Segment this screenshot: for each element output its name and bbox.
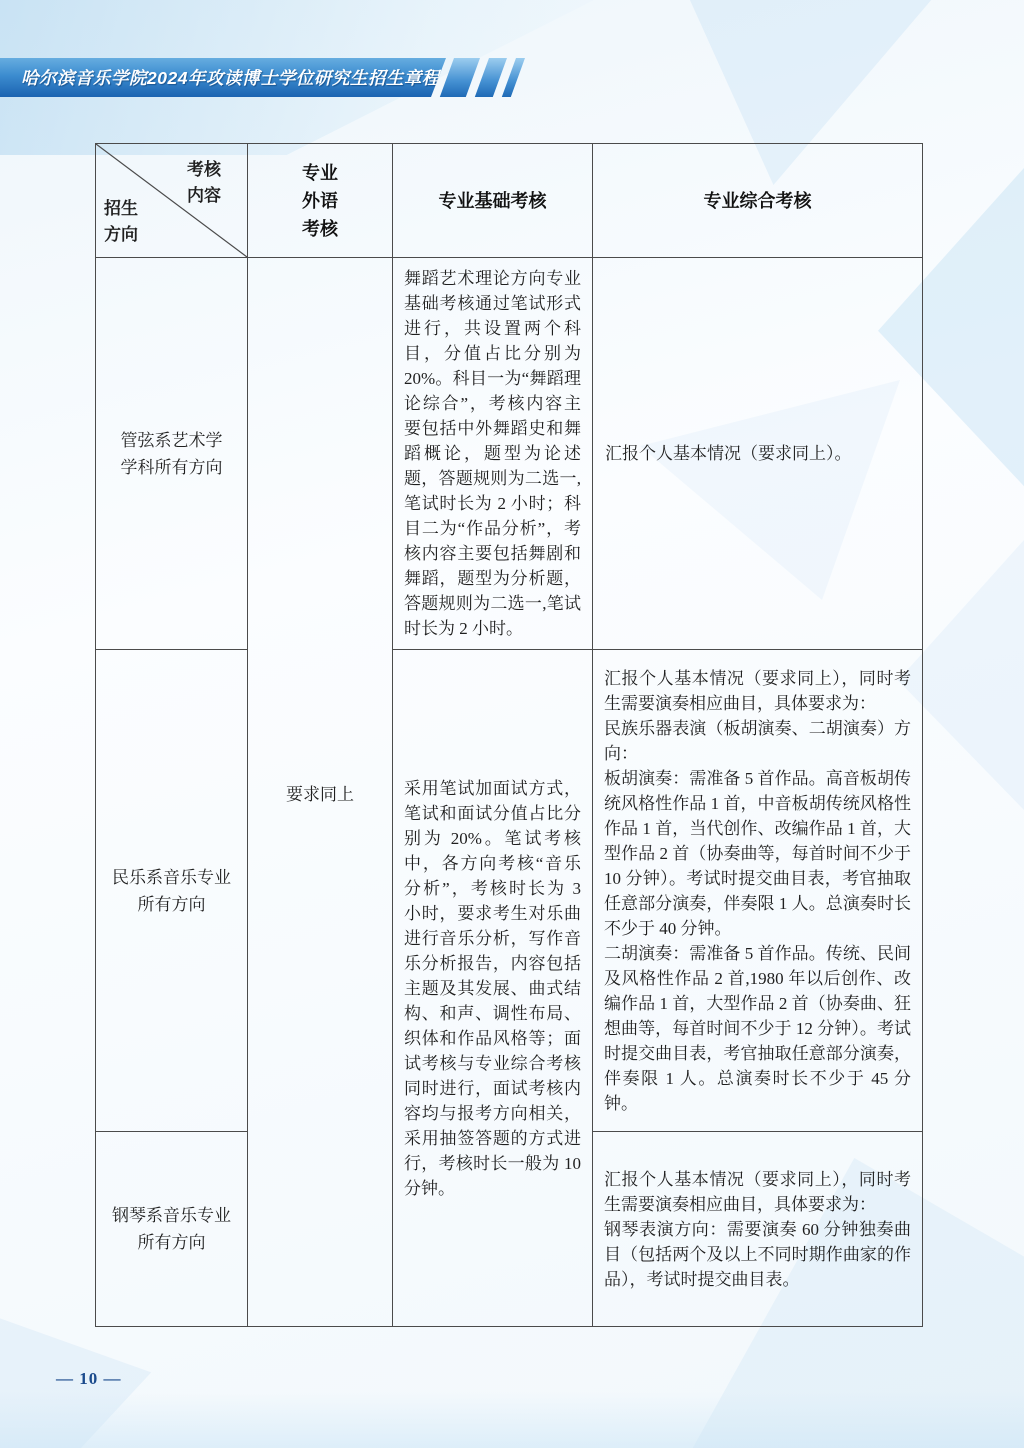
page-number: — 10 — bbox=[56, 1369, 122, 1389]
paragraph: 舞蹈艺术理论方向专业基础考核通过笔试形式进行，共设置两个科目，分值占比分别为 2… bbox=[393, 258, 592, 649]
basic-exam-cell-dance-theory: 舞蹈艺术理论方向专业基础考核通过笔试形式进行，共设置两个科目，分值占比分别为 2… bbox=[393, 258, 593, 650]
table-row-folk-music: 民乐系音乐专业 所有方向 采用笔试加面试方式，笔试和面试分值占比分别为 20%。… bbox=[96, 650, 923, 1132]
corner-label-exam-content: 考核 内容 bbox=[187, 157, 221, 209]
banner-stripe bbox=[440, 58, 480, 97]
banner-stripes bbox=[440, 58, 525, 97]
banner-stripe bbox=[475, 58, 507, 97]
header-professional-comprehensive-exam: 专业综合考核 bbox=[593, 144, 923, 258]
table-row-orchestra: 管弦系艺术学 学科所有方向 要求同上 舞蹈艺术理论方向专业基础考核通过笔试形式进… bbox=[96, 258, 923, 650]
banner-title: 哈尔滨音乐学院2024年攻读博士学位研究生招生章程 bbox=[0, 65, 440, 90]
paragraph: 钢琴表演方向：需要演奏 60 分钟独奏曲目（包括两个及以上不同时期作曲家的作品）… bbox=[604, 1217, 911, 1292]
header-professional-basic-exam: 专业基础考核 bbox=[393, 144, 593, 258]
table-header-row: 考核 内容 招生 方向 专业 外语 考核 专业基础考核 专业综合考核 bbox=[96, 144, 923, 258]
paragraph: 汇报个人基本情况（要求同上），同时考生需要演奏相应曲目，具体要求为： bbox=[604, 666, 911, 716]
paragraph: 民族乐器表演（板胡演奏、二胡演奏）方向： bbox=[604, 716, 911, 766]
header-foreign-language-exam: 专业 外语 考核 bbox=[248, 144, 393, 258]
paragraph: 汇报个人基本情况（要求同上）。 bbox=[593, 433, 922, 474]
comprehensive-cell-folk-music: 汇报个人基本情况（要求同上），同时考生需要演奏相应曲目，具体要求为： 民族乐器表… bbox=[593, 650, 923, 1132]
background-decoration bbox=[0, 1392, 1024, 1448]
basic-exam-merged-cell: 采用笔试加面试方式，笔试和面试分值占比分别为 20%。笔试考核中，各方向考核“音… bbox=[393, 650, 593, 1327]
direction-cell-orchestra: 管弦系艺术学 学科所有方向 bbox=[96, 258, 248, 650]
document-page: 哈尔滨音乐学院2024年攻读博士学位研究生招生章程 考核 内容 招生 方向 专业… bbox=[0, 0, 1024, 1448]
banner-stripe bbox=[502, 58, 525, 97]
comprehensive-cell-orchestra: 汇报个人基本情况（要求同上）。 bbox=[593, 258, 923, 650]
paragraph: 采用笔试加面试方式，笔试和面试分值占比分别为 20%。笔试考核中，各方向考核“音… bbox=[393, 768, 592, 1209]
paragraph: 汇报个人基本情况（要求同上），同时考生需要演奏相应曲目，具体要求为： bbox=[604, 1167, 911, 1217]
exam-requirements-table: 考核 内容 招生 方向 专业 外语 考核 专业基础考核 专业综合考核 管弦系艺术… bbox=[95, 143, 923, 1327]
comprehensive-cell-piano: 汇报个人基本情况（要求同上），同时考生需要演奏相应曲目，具体要求为： 钢琴表演方… bbox=[593, 1132, 923, 1327]
banner-bar: 哈尔滨音乐学院2024年攻读博士学位研究生招生章程 bbox=[0, 58, 446, 97]
direction-cell-folk-music: 民乐系音乐专业 所有方向 bbox=[96, 650, 248, 1132]
direction-cell-piano: 钢琴系音乐专业 所有方向 bbox=[96, 1132, 248, 1327]
corner-label-admission-direction: 招生 方向 bbox=[104, 196, 138, 248]
table-corner-cell: 考核 内容 招生 方向 bbox=[96, 144, 248, 258]
paragraph: 板胡演奏：需准备 5 首作品。高音板胡传统风格性作品 1 首，中音板胡传统风格性… bbox=[604, 766, 911, 941]
paragraph: 二胡演奏：需准备 5 首作品。传统、民间及风格性作品 2 首,1980 年以后创… bbox=[604, 941, 911, 1116]
foreign-exam-merged-cell: 要求同上 bbox=[248, 258, 393, 1327]
